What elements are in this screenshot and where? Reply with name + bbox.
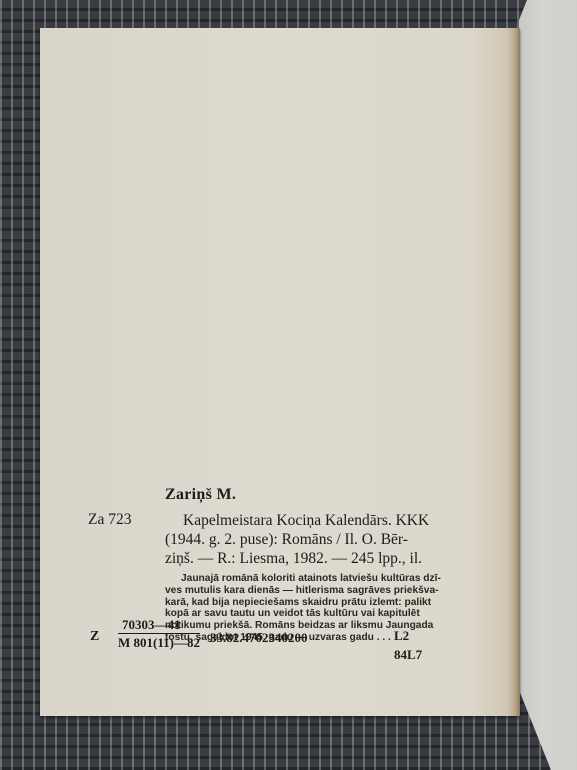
call-number: Za 723 bbox=[88, 511, 131, 529]
classification-codes: L2 84L7 bbox=[394, 626, 422, 664]
publication-fraction: 70303—41 M 801(11)—82 bbox=[118, 617, 200, 651]
fraction-numerator: 70303—41 bbox=[118, 617, 200, 633]
title-line: Kapelmeistara Kociņa Kalendārs. KKK bbox=[165, 511, 515, 530]
catalog-card: Zariņš M. Za 723 Kapelmeistara Kociņa Ka… bbox=[40, 28, 520, 716]
index-number: 33.82.4702340200 bbox=[210, 630, 308, 646]
annotation-line: ves mutulis kara dienās — hitlerisma sag… bbox=[165, 585, 515, 597]
annotation-line: karā, kad bija nepieciešams skaidru prāt… bbox=[165, 597, 515, 609]
annotation-line: Jaunajā romānā koloriti atainots latvieš… bbox=[165, 573, 515, 585]
code-1: L2 bbox=[394, 626, 422, 645]
footer-prefix: Z bbox=[90, 629, 99, 645]
title-line: (1944. g. 2. puse): Romāns / Il. O. Bēr- bbox=[165, 530, 515, 549]
book-cover-edge bbox=[519, 0, 577, 770]
book-page: Zariņš M. Za 723 Kapelmeistara Kociņa Ka… bbox=[40, 28, 520, 716]
code-2: 84L7 bbox=[394, 645, 422, 664]
bibliographic-description: Kapelmeistara Kociņa Kalendārs. KKK (194… bbox=[165, 511, 515, 568]
author-name: Zariņš M. bbox=[165, 486, 236, 504]
fraction-denominator: M 801(11)—82 bbox=[118, 633, 200, 651]
title-line: ziņš. — R.: Liesma, 1982. — 245 lpp., il… bbox=[165, 549, 515, 568]
annotation-line: kopā ar savu tautu un veidot tās kultūru… bbox=[165, 608, 515, 620]
